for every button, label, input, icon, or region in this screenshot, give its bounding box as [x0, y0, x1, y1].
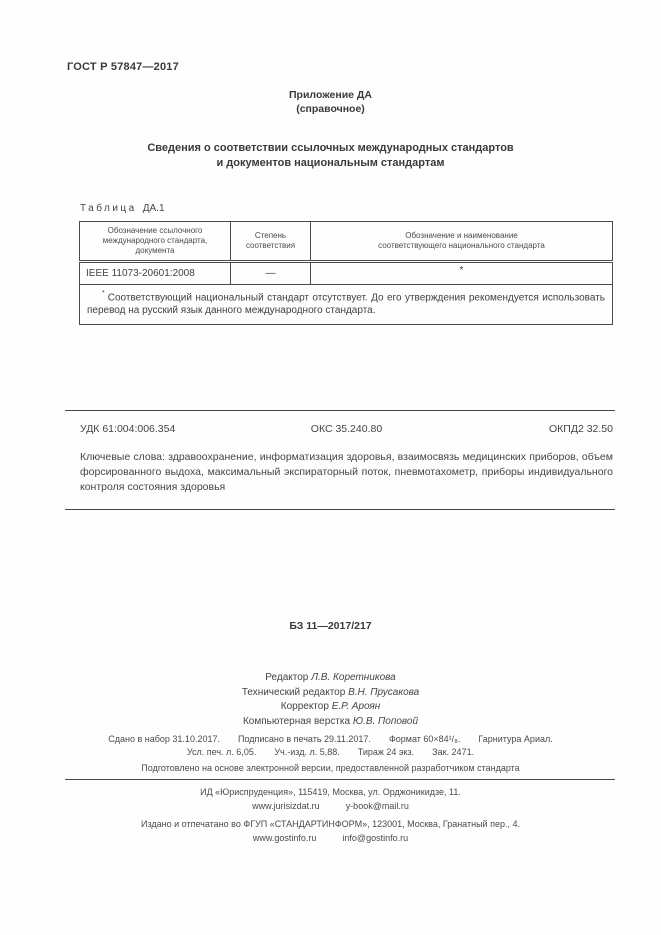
- publisher-block-standartinform: Издано и отпечатано во ФГУП «СТАНДАРТИНФ…: [20, 818, 641, 845]
- table-footnote: *Соответствующий национальный стандарт о…: [80, 285, 613, 325]
- staff-line: Компьютерная верстка Ю.В. Поповой: [20, 715, 641, 730]
- colophon-segment: Усл. печ. л. 6,05.: [187, 746, 256, 759]
- staff-line: Редактор Л.В. Коретникова: [20, 671, 641, 686]
- appendix-label: Приложение ДА: [20, 89, 641, 103]
- bz-number: БЗ 11—2017/217: [20, 620, 641, 632]
- footnote-marker: *: [102, 290, 105, 297]
- colophon-line-2: Усл. печ. л. 6,05.Уч.-изд. л. 5,88.Тираж…: [20, 746, 641, 759]
- staff-line: Корректор Е.Р. Ароян: [20, 700, 641, 715]
- table-caption-number: ДА.1: [143, 203, 165, 214]
- staff-role: Корректор: [281, 701, 329, 712]
- appendix-type: (справочное): [20, 103, 641, 117]
- staff-line: Технический редактор В.Н. Прусакова: [20, 686, 641, 701]
- title-line-2: и документов национальным стандартам: [20, 156, 641, 171]
- publisher-address: ИД «Юриспруденция», 115419, Москва, ул. …: [20, 786, 641, 800]
- okpd-code: ОКПД2 32.50: [549, 423, 613, 435]
- table-header-row: Обозначение ссылочного международного ст…: [80, 222, 613, 262]
- staff-name: В.Н. Прусакова: [348, 687, 419, 698]
- col-header-reference-standard: Обозначение ссылочного международного ст…: [80, 222, 231, 262]
- cell-national-standard: *: [311, 262, 613, 285]
- footnote-row: *Соответствующий национальный стандарт о…: [80, 285, 613, 325]
- staff-role: Компьютерная верстка: [243, 716, 350, 727]
- title-line-1: Сведения о соответствии ссылочных междун…: [20, 141, 641, 156]
- table-caption-word: Таблица: [80, 203, 137, 214]
- doc-number: ГОСТ Р 57847—2017: [67, 61, 179, 73]
- publisher-contacts: www.gostinfo.ruinfo@gostinfo.ru: [20, 832, 641, 846]
- staff-role: Редактор: [265, 672, 308, 683]
- staff-name: Л.В. Коретникова: [311, 672, 396, 683]
- document-title: Сведения о соответствии ссылочных междун…: [20, 141, 641, 171]
- staff-role: Технический редактор: [242, 687, 345, 698]
- colophon-segment: Зак. 2471.: [432, 746, 474, 759]
- col-header-degree: Степень соответствия: [231, 222, 311, 262]
- oks-code: ОКС 35.240.80: [311, 423, 382, 435]
- publisher-url: www.gostinfo.ru: [253, 833, 317, 843]
- divider-rule-top: [65, 410, 615, 411]
- cell-degree: —: [231, 262, 311, 285]
- colophon-segment: Подписано в печать 29.11.2017.: [238, 733, 371, 746]
- classification-codes: УДК 61:004:006.354 ОКС 35.240.80 ОКПД2 3…: [80, 423, 613, 435]
- correspondence-table: Обозначение ссылочного международного ст…: [79, 221, 613, 325]
- publisher-block-jurisprudence: ИД «Юриспруденция», 115419, Москва, ул. …: [20, 786, 641, 813]
- table-row: IEEE 11073-20601:2008 — *: [80, 262, 613, 285]
- publisher-contacts: www.jurisizdat.ruy-book@mail.ru: [20, 800, 641, 814]
- appendix-heading: Приложение ДА (справочное): [20, 89, 641, 116]
- publisher-address: Издано и отпечатано во ФГУП «СТАНДАРТИНФ…: [20, 818, 641, 832]
- udk-code: УДК 61:004:006.354: [80, 423, 311, 435]
- table-caption: ТаблицаДА.1: [80, 203, 165, 214]
- colophon-segment: Сдано в набор 31.10.2017.: [108, 733, 220, 746]
- colophon-segment: Уч.-изд. л. 5,88.: [274, 746, 339, 759]
- publisher-email: info@gostinfo.ru: [342, 833, 408, 843]
- cell-reference-standard: IEEE 11073-20601:2008: [80, 262, 231, 285]
- publisher-email: y-book@mail.ru: [346, 801, 409, 811]
- col-header-national-standard: Обозначение и наименование соответствующ…: [311, 222, 613, 262]
- publisher-url: www.jurisizdat.ru: [252, 801, 320, 811]
- colophon-segment: Формат 60×84¹/₈.: [389, 733, 460, 746]
- keywords-paragraph: Ключевые слова: здравоохранение, информа…: [80, 450, 613, 495]
- footnote-text: Соответствующий национальный стандарт от…: [87, 292, 605, 316]
- staff-name: Е.Р. Ароян: [332, 701, 381, 712]
- colophon-line-1: Сдано в набор 31.10.2017.Подписано в печ…: [20, 733, 641, 746]
- colophon-segment: Тираж 24 экз.: [358, 746, 414, 759]
- document-page: ГОСТ Р 57847—2017 Приложение ДА (справоч…: [0, 0, 661, 935]
- print-colophon: Сдано в набор 31.10.2017.Подписано в печ…: [20, 733, 641, 775]
- staff-credits: Редактор Л.В. Коретникова Технический ре…: [20, 671, 641, 729]
- divider-rule-keywords: [65, 509, 615, 510]
- colophon-line-3: Подготовлено на основе электронной верси…: [20, 762, 641, 775]
- staff-name: Ю.В. Поповой: [353, 716, 418, 727]
- colophon-segment: Гарнитура Ариал.: [478, 733, 552, 746]
- divider-rule-footer: [65, 779, 615, 780]
